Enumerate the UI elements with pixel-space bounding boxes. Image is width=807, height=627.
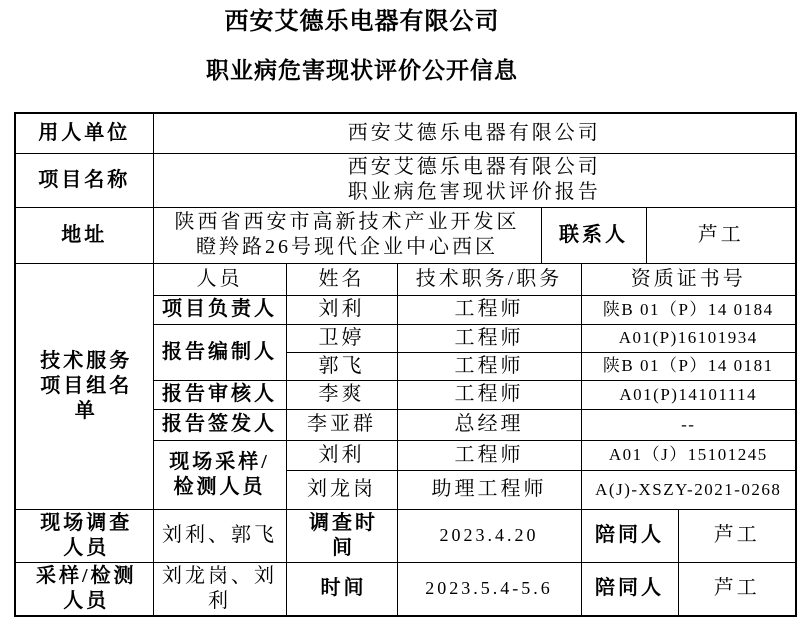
- document-title: 西安艾德乐电器有限公司: [0, 1, 724, 36]
- cert-cell: A(J)-XSZY-2021-0268: [581, 470, 796, 509]
- role-cell: 报告审核人: [153, 380, 286, 409]
- table-row: 地址 陕西省西安市高新技术产业开发区 瞪羚路26号现代企业中心西区 联系人 芦工: [15, 207, 796, 263]
- project-name-value-cell: 西安艾德乐电器有限公司 职业病危害现状评价报告: [153, 153, 796, 207]
- sampling-time-value-cell: 2023.5.4-5.6: [397, 562, 581, 616]
- table-row: 采样/检测 人员 刘龙岗、刘利 时间 2023.5.4-5.6 陪同人 芦工: [15, 562, 796, 616]
- title-cell: 工程师: [397, 440, 581, 470]
- document-subtitle: 职业病危害现状评价公开信息: [0, 52, 724, 85]
- sampling-escort-label-cell: 陪同人: [581, 562, 678, 616]
- table-row: 项目名称 西安艾德乐电器有限公司 职业病危害现状评价报告: [15, 153, 796, 207]
- sampling-people-cell: 刘龙岗、刘利: [153, 562, 286, 616]
- role-cell: 报告签发人: [153, 409, 286, 440]
- sampling-time-label-cell: 时间: [286, 562, 397, 616]
- survey-time-value-cell: 2023.4.20: [397, 509, 581, 562]
- name-cell: 刘利: [286, 295, 397, 324]
- title-cell: 工程师: [397, 380, 581, 409]
- sampling-escort-value-cell: 芦工: [678, 562, 796, 616]
- contact-value-cell: 芦工: [646, 207, 796, 263]
- table-row: 用人单位 西安艾德乐电器有限公司: [15, 113, 796, 153]
- cert-cell: --: [581, 409, 796, 440]
- column-header-name: 姓名: [286, 263, 397, 295]
- contact-label-cell: 联系人: [541, 207, 646, 263]
- survey-time-label-cell: 调查时间: [286, 509, 397, 562]
- address-value-cell: 陕西省西安市高新技术产业开发区 瞪羚路26号现代企业中心西区: [153, 207, 541, 263]
- cert-cell: A01(P)16101934: [581, 324, 796, 352]
- info-table: 用人单位 西安艾德乐电器有限公司 项目名称 西安艾德乐电器有限公司 职业病危害现…: [14, 112, 797, 617]
- address-label-cell: 地址: [15, 207, 153, 263]
- employer-value-cell: 西安艾德乐电器有限公司: [153, 113, 796, 153]
- name-cell: 刘龙岗: [286, 470, 397, 509]
- project-name-label-cell: 项目名称: [15, 153, 153, 207]
- sampling-label-cell: 采样/检测 人员: [15, 562, 153, 616]
- column-header-cert: 资质证书号: [581, 263, 796, 295]
- role-cell: 报告编制人: [153, 324, 286, 380]
- title-cell: 工程师: [397, 324, 581, 352]
- table-row: 技术服务项目组名单 人员 姓名 技术职务/职务 资质证书号: [15, 263, 796, 295]
- cert-cell: 陕B 01（P）14 0181: [581, 352, 796, 380]
- column-header-title: 技术职务/职务: [397, 263, 581, 295]
- role-cell: 现场采样/ 检测人员: [153, 440, 286, 509]
- name-cell: 郭飞: [286, 352, 397, 380]
- survey-label-cell: 现场调查人员: [15, 509, 153, 562]
- survey-escort-value-cell: 芦工: [678, 509, 796, 562]
- employer-label-cell: 用人单位: [15, 113, 153, 153]
- title-cell: 助理工程师: [397, 470, 581, 509]
- column-header-person: 人员: [153, 263, 286, 295]
- cert-cell: 陕B 01（P）14 0184: [581, 295, 796, 324]
- survey-escort-label-cell: 陪同人: [581, 509, 678, 562]
- name-cell: 李亚群: [286, 409, 397, 440]
- name-cell: 刘利: [286, 440, 397, 470]
- survey-people-cell: 刘利、郭飞: [153, 509, 286, 562]
- role-cell: 项目负责人: [153, 295, 286, 324]
- cert-cell: A01（J）15101245: [581, 440, 796, 470]
- table-row: 现场调查人员 刘利、郭飞 调查时间 2023.4.20 陪同人 芦工: [15, 509, 796, 562]
- name-cell: 李爽: [286, 380, 397, 409]
- name-cell: 卫婷: [286, 324, 397, 352]
- title-cell: 总经理: [397, 409, 581, 440]
- team-group-label-cell: 技术服务项目组名单: [15, 263, 153, 509]
- title-cell: 工程师: [397, 352, 581, 380]
- title-cell: 工程师: [397, 295, 581, 324]
- cert-cell: A01(P)14101114: [581, 380, 796, 409]
